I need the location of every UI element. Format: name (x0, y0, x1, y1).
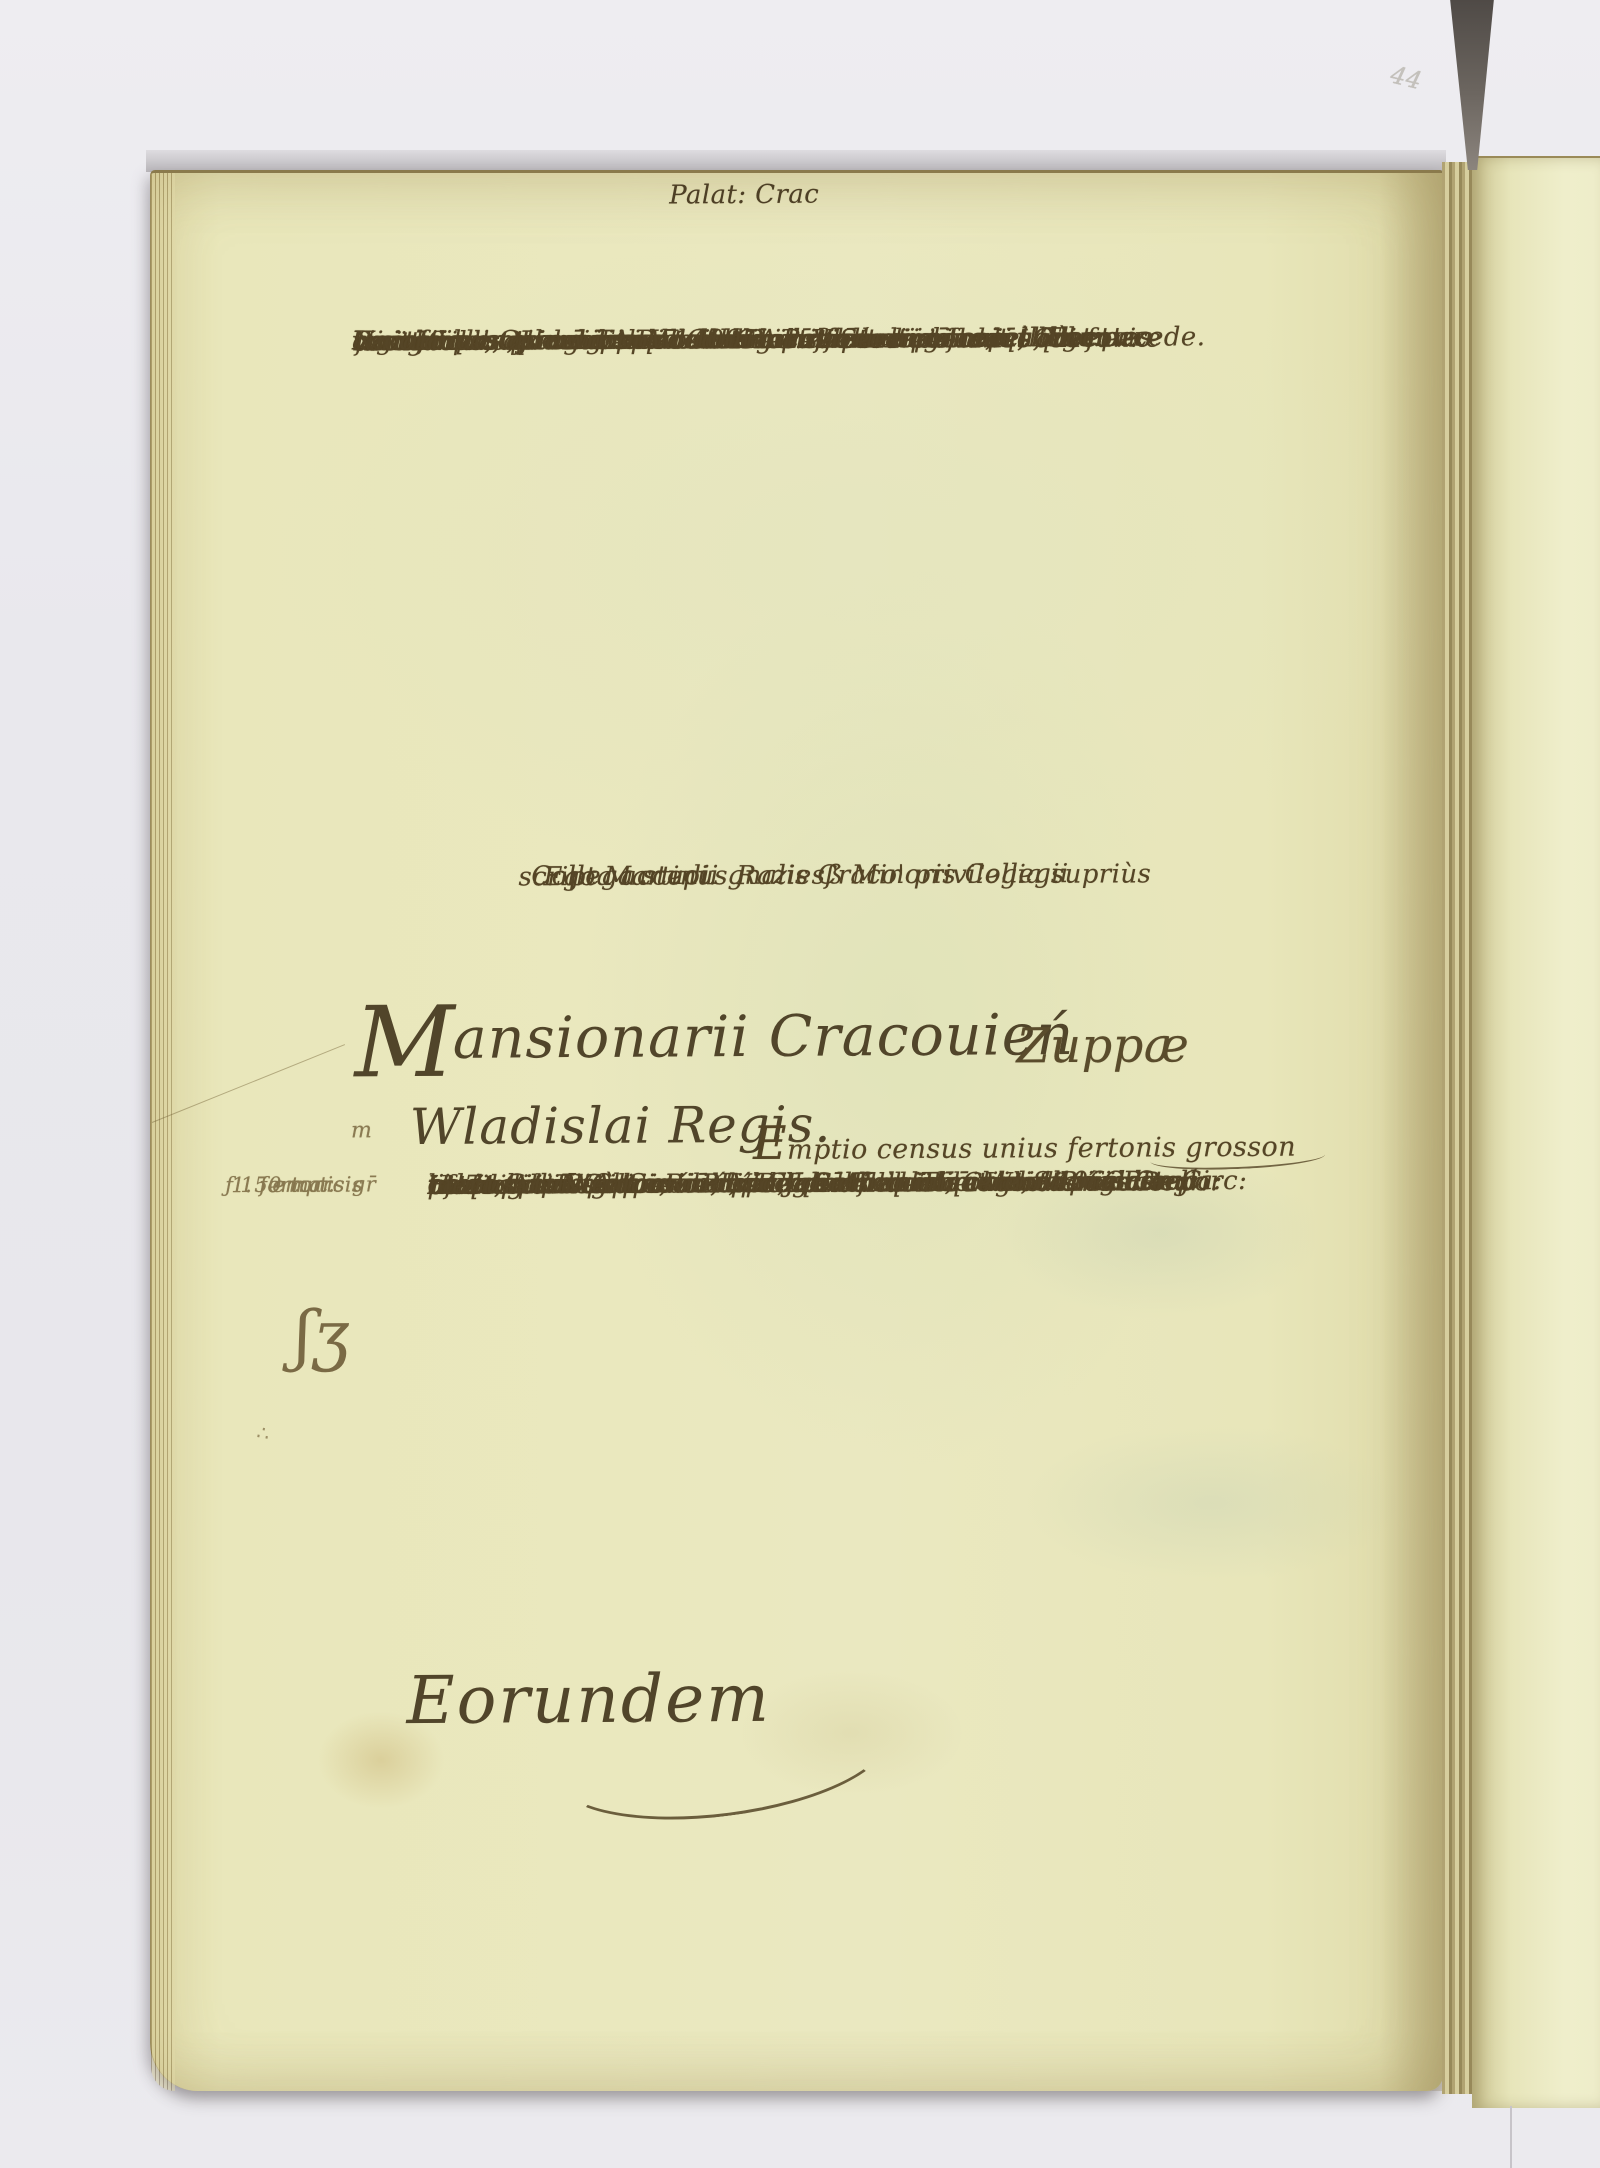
margin-dots: ∴ (255, 1420, 272, 1446)
manuscript-line: manus d. Nicolai R. P. Vicecancellarii (427, 1158, 932, 1212)
heading-right-word: Zuppæ (1016, 1017, 1189, 1074)
margin-note-line: empt. (272, 1167, 335, 1203)
ink-layer: Palat: Crac 44 hos, qui labores et onera… (0, 0, 1600, 2168)
section-heading: Mansionarii Cracouień (354, 994, 1074, 1088)
heading-initial: M (354, 986, 453, 1101)
paragraph-primary: hos, qui labores et onera sufferunt nō r… (352, 312, 1012, 316)
manuscript-line: Nicolai de Curow Epi Wladh R. P. Vicecan… (352, 313, 1012, 368)
scan-background: { "scan": { "background_color": "#e9e8ed… (0, 0, 1600, 2168)
margin-mark: m (351, 1118, 372, 1143)
folio-mark: 44 (1388, 61, 1425, 96)
margin-flourish: ʃʒ (294, 1296, 350, 1373)
running-head: Palat: Crac (669, 180, 819, 211)
manuscript-line: scripta accepi. (518, 854, 717, 900)
heading-title-text: ansionarii Cracouień (453, 1002, 1075, 1072)
